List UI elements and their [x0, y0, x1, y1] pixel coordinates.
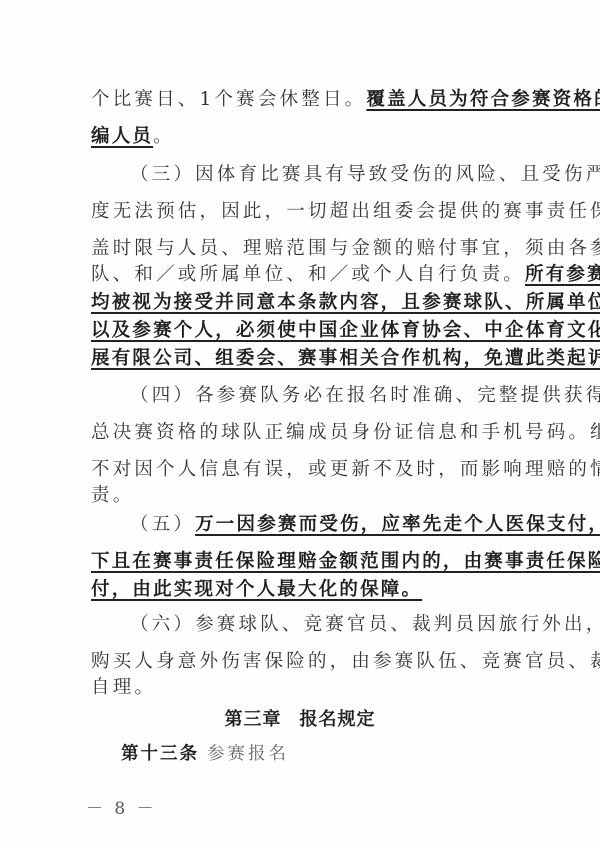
emphasized-text: 所有参赛球队，: [525, 264, 600, 285]
article-number: 第十三条: [121, 744, 199, 764]
paragraph-4-start: （四）各参赛队务必在报名时准确、完整提供获得参加: [130, 384, 511, 408]
plain-text: 度无法预估，因此，一切超出组委会提供的赛事责任保险覆: [91, 201, 600, 222]
article-heading: 第十三条参赛报名: [121, 742, 289, 766]
text-line: 下且在赛事责任保险理赔金额范围内的，由赛事责任保险赔: [91, 550, 511, 574]
plain-text: 责。: [91, 485, 134, 506]
plain-text: 。: [153, 126, 175, 147]
text-line: 以及参赛个人，必须使中国企业体育协会、中企体育文化发: [91, 319, 511, 343]
text-line: 总决赛资格的球队正编成员身份证信息和手机号码。组委会: [91, 421, 511, 445]
text-line: 自理。: [91, 676, 511, 700]
emphasized-text: 下且在赛事责任保险理赔金额范围内的，由赛事责任保险赔: [91, 551, 600, 572]
page-number: － 8 －: [86, 794, 157, 819]
article-title: 参赛报名: [207, 744, 289, 764]
emphasized-text: 均被视为接受并同意本条款内容，且参赛球队、所属单位，: [91, 292, 600, 313]
chapter-title: 报名规定: [300, 709, 376, 730]
text-line: 购买人身意外伤害保险的，由参赛队伍、竞赛官员、裁判员: [91, 650, 511, 674]
text-line: 度无法预估，因此，一切超出组委会提供的赛事责任保险覆: [91, 200, 511, 224]
text-line: 不对因个人信息有误，或更新不及时，而影响理赔的情况负: [91, 458, 511, 482]
plain-text: 自理。: [91, 677, 156, 698]
text-line: 均被视为接受并同意本条款内容，且参赛球队、所属单位，: [91, 291, 511, 315]
text-line: 展有限公司、组委会、赛事相关合作机构，免遭此类起诉。: [91, 347, 511, 371]
plain-text: 个比赛日、1个赛会休整日。: [91, 89, 366, 110]
document-page: 个比赛日、1个赛会休整日。覆盖人员为符合参赛资格的正 编人员。 （三）因体育比赛…: [0, 0, 600, 848]
emphasized-text: 付，由此实现对个人最大化的保障。: [91, 579, 422, 600]
plain-text: 队、和／或所属单位、和／或个人自行负责。: [91, 264, 525, 285]
plain-text: （三）因体育比赛具有导致受伤的风险、且受伤严重程: [130, 164, 600, 185]
text-line: 队、和／或所属单位、和／或个人自行负责。所有参赛球队，: [91, 263, 511, 287]
emphasized-text: 展有限公司、组委会、赛事相关合作机构，免遭此类起诉。: [91, 348, 600, 369]
emphasized-text: 万一因参赛而受伤，应率先走个人医保支付，余: [195, 514, 600, 535]
emphasized-text: 以及参赛个人，必须使中国企业体育协会、中企体育文化发: [91, 320, 600, 341]
paragraph-5-start: （五）万一因参赛而受伤，应率先走个人医保支付，余: [130, 513, 511, 537]
plain-text: 购买人身意外伤害保险的，由参赛队伍、竞赛官员、裁判员: [91, 651, 600, 672]
paragraph-6-start: （六）参赛球队、竞赛官员、裁判员因旅行外出，需要: [130, 613, 511, 637]
emphasized-text: 编人员: [91, 126, 153, 147]
plain-text: 不对因个人信息有误，或更新不及时，而影响理赔的情况负: [91, 459, 600, 480]
chapter-heading: 第三章报名规定: [0, 708, 600, 732]
plain-text: （五）: [130, 514, 195, 535]
text-line: 编人员。: [91, 125, 511, 149]
text-line: 付，由此实现对个人最大化的保障。: [91, 578, 511, 602]
plain-text: （四）各参赛队务必在报名时准确、完整提供获得参加: [130, 385, 600, 406]
plain-text: 盖时限与人员、理赔范围与金额的赔付事宜，须由各参赛球: [91, 238, 600, 259]
paragraph-3-start: （三）因体育比赛具有导致受伤的风险、且受伤严重程: [130, 163, 511, 187]
chapter-number: 第三章: [225, 709, 282, 730]
text-line: 个比赛日、1个赛会休整日。覆盖人员为符合参赛资格的正: [91, 88, 511, 112]
emphasized-text: 覆盖人员为符合参赛资格的正: [366, 89, 600, 110]
plain-text: 总决赛资格的球队正编成员身份证信息和手机号码。组委会: [91, 422, 600, 443]
text-line: 责。: [91, 484, 511, 508]
text-line: 盖时限与人员、理赔范围与金额的赔付事宜，须由各参赛球: [91, 237, 511, 261]
plain-text: （六）参赛球队、竞赛官员、裁判员因旅行外出，需要: [130, 614, 600, 635]
